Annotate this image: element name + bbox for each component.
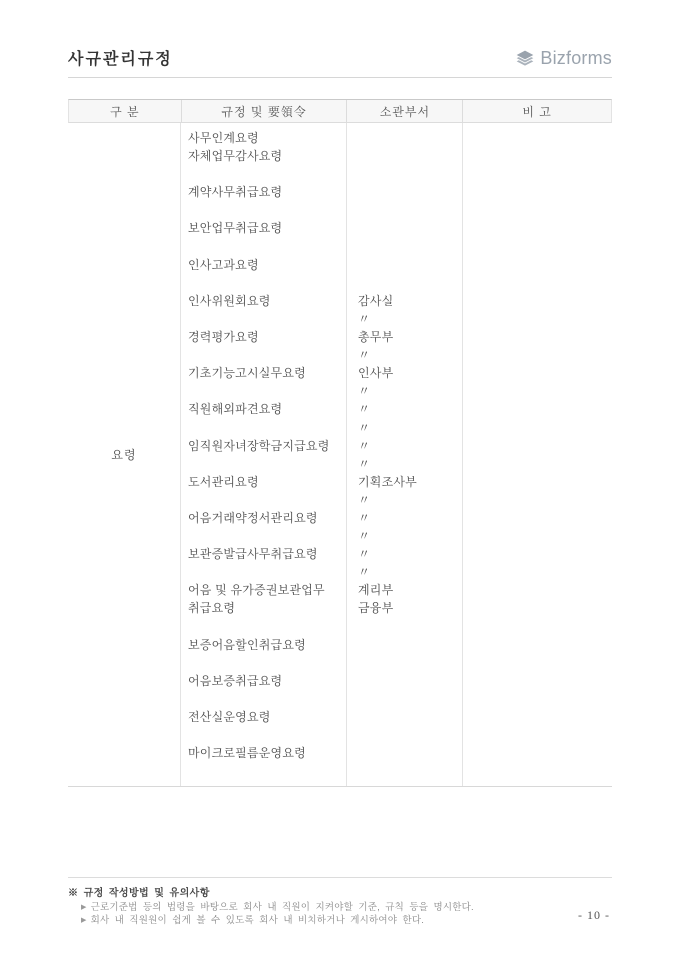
department-line: 감사실 — [358, 292, 462, 310]
department-line — [358, 165, 462, 183]
regulation-line: 어음거래약정서관리요령 — [188, 509, 346, 527]
department-line: 기획조사부 — [358, 473, 462, 491]
department-line: 금융부 — [358, 599, 462, 617]
regulation-line: 직원해외파견요령 — [188, 400, 346, 418]
category-label: 요령 — [111, 446, 136, 463]
department-line: 〃 — [358, 545, 462, 563]
footer-note: ▶회사 내 직원원이 쉽게 볼 수 있도록 회사 내 비치하거나 게시하여야 한… — [68, 915, 612, 928]
document-footer: ※ 규정 작성방법 및 유의사항 ▶근로기준법 등의 법령을 바탕으로 회사 내… — [68, 877, 612, 927]
regulation-line — [188, 491, 346, 509]
footer-note-title: ※ 규정 작성방법 및 유의사항 — [68, 884, 612, 899]
column-header-department: 소관부서 — [346, 100, 462, 122]
regulation-line: 취급요령 — [188, 599, 346, 617]
department-line: 인사부 — [358, 364, 462, 382]
regulation-line: 인사고과요령 — [188, 256, 346, 274]
regulation-line — [188, 346, 346, 364]
regulation-line — [188, 726, 346, 744]
footer-note-list: ▶근로기준법 등의 법령을 바탕으로 회사 내 직원이 지켜야할 기준, 규칙 … — [68, 902, 612, 927]
department-line — [358, 147, 462, 165]
category-cell: 요령 — [68, 123, 180, 786]
department-line — [358, 726, 462, 744]
regulation-line — [188, 527, 346, 545]
regulation-line — [188, 618, 346, 636]
column-header-regulation: 규정 및 要領令 — [181, 100, 347, 122]
department-line: 〃 — [358, 419, 462, 437]
department-line — [358, 636, 462, 654]
regulation-line: 보안업무취급요령 — [188, 219, 346, 237]
column-header-remark: 비 고 — [462, 100, 611, 122]
department-line: 계리부 — [358, 581, 462, 599]
regulation-line: 어음 및 유가증권보관업무 — [188, 581, 346, 599]
department-line — [358, 672, 462, 690]
department-line — [358, 708, 462, 726]
regulation-line: 보증어음할인취급요령 — [188, 636, 346, 654]
department-line — [358, 129, 462, 147]
regulation-line — [188, 201, 346, 219]
department-line — [358, 183, 462, 201]
department-line — [358, 256, 462, 274]
regulation-line: 보관증발급사무취급요령 — [188, 545, 346, 563]
remark-cell — [462, 123, 612, 786]
regulation-line: 마이크로필름운영요령 — [188, 744, 346, 762]
department-line — [358, 201, 462, 219]
department-line — [358, 654, 462, 672]
department-line: 〃 — [358, 346, 462, 364]
regulation-line — [188, 165, 346, 183]
department-line — [358, 762, 462, 780]
regulation-line: 임직원자녀장학금지급요령 — [188, 437, 346, 455]
regulation-line: 사무인계요령 — [188, 129, 346, 147]
department-line — [358, 219, 462, 237]
layers-icon — [515, 49, 535, 69]
regulation-line — [188, 690, 346, 708]
regulation-line — [188, 419, 346, 437]
regulation-line: 어음보증취급요령 — [188, 672, 346, 690]
regulation-line — [188, 762, 346, 780]
regulation-list: 사무인계요령자체업무감사요령계약사무취급요령보안업무취급요령인사고과요령인사위원… — [180, 123, 346, 786]
table-header-row: 구 분 규정 및 要領令 소관부서 비 고 — [68, 99, 612, 123]
regulation-line: 경력평가요령 — [188, 328, 346, 346]
department-line: 〃 — [358, 527, 462, 545]
department-line: 〃 — [358, 382, 462, 400]
regulation-line — [188, 654, 346, 672]
page-title: 사규관리규정 — [68, 46, 173, 69]
bizforms-logo: Bizforms — [515, 48, 612, 69]
regulation-line — [188, 563, 346, 581]
department-line: 〃 — [358, 400, 462, 418]
department-line: 〃 — [358, 455, 462, 473]
department-line: 〃 — [358, 563, 462, 581]
regulation-line — [188, 310, 346, 328]
department-line: 〃 — [358, 509, 462, 527]
footer-note: ▶근로기준법 등의 법령을 바탕으로 회사 내 직원이 지켜야할 기준, 규칙 … — [68, 902, 612, 915]
regulation-line — [188, 274, 346, 292]
regulation-line: 기초기능고시실무요령 — [188, 364, 346, 382]
regulation-line — [188, 382, 346, 400]
regulation-line — [188, 455, 346, 473]
table-body: 요령 사무인계요령자체업무감사요령계약사무취급요령보안업무취급요령인사고과요령인… — [68, 123, 612, 787]
department-line — [358, 238, 462, 256]
department-line — [358, 744, 462, 762]
department-list: 감사실〃총무부〃인사부〃〃〃〃〃기획조사부〃〃〃〃〃계리부금융부 — [346, 123, 462, 786]
triangle-bullet-icon: ▶ — [81, 917, 87, 924]
regulation-line — [188, 238, 346, 256]
department-line — [358, 690, 462, 708]
department-line: 〃 — [358, 437, 462, 455]
brand-name: Bizforms — [540, 48, 612, 69]
department-line — [358, 618, 462, 636]
regulation-line: 인사위원회요령 — [188, 292, 346, 310]
department-line — [358, 274, 462, 292]
department-line: 〃 — [358, 310, 462, 328]
department-line: 총무부 — [358, 328, 462, 346]
regulation-line: 계약사무취급요령 — [188, 183, 346, 201]
document-page: 사규관리규정 Bizforms 구 분 규정 및 要領令 소관부서 비 고 — [0, 0, 680, 962]
footer-note-text: 근로기준법 등의 법령을 바탕으로 회사 내 직원이 지켜야할 기준, 규칙 등… — [91, 902, 474, 913]
document-header: 사규관리규정 Bizforms — [68, 0, 612, 78]
regulation-line: 도서관리요령 — [188, 473, 346, 491]
column-header-category: 구 분 — [69, 100, 181, 122]
regulation-line: 자체업무감사요령 — [188, 147, 346, 165]
regulation-line: 전산실운영요령 — [188, 708, 346, 726]
department-line: 〃 — [358, 491, 462, 509]
triangle-bullet-icon: ▶ — [81, 904, 87, 911]
page-number: - 10 - — [578, 908, 610, 923]
regulations-table: 구 분 규정 및 要領令 소관부서 비 고 요령 사무인계요령자체업무감사요령계… — [68, 99, 612, 787]
footer-note-text: 회사 내 직원원이 쉽게 볼 수 있도록 회사 내 비치하거나 게시하여야 한다… — [91, 915, 425, 926]
